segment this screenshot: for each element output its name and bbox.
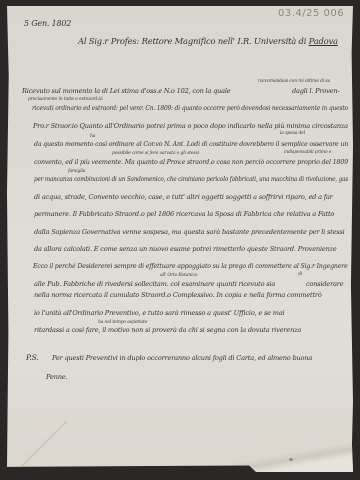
body-line: permanere. Il Fabbricato Straord.o pel 1… [34,210,334,218]
interlinear-insertion: possibile come si fece sarvata e gli ste… [112,151,199,156]
body-line: da allora calcolati. E come senza un nuo… [34,245,337,253]
body-line: di acqua, strade, Convento vecchio, case… [34,193,333,201]
paper-sheet [7,6,353,472]
body-line-tail: dagli l. Proven- [292,87,339,95]
paper-crease [233,442,353,472]
body-line: ritardassi a così fare, il motivo non si… [34,326,301,334]
body-line: alle Pub. Fabbriche di rivedersi solleci… [34,280,275,288]
body-line: Ecco il perché Desidererei sempre di eff… [33,262,348,270]
body-line: dalla Sapienza Governativa venne sospesa… [34,228,345,236]
postscript-continuation: Penne. [46,373,67,381]
interlinear-insertion: raccomandasi con mi ottime di su [258,79,330,84]
ink-stain [289,458,293,461]
body-line: per mancanza combinazioni di un Sandomen… [34,175,348,183]
body-line: convento, ed il più veemente. Ma quanto … [34,158,348,166]
interlinear-insertion: precisamente in tutte e estraord.tà [28,97,103,102]
body-line: Ricevuto sul momento la di Lei stima d'o… [22,87,231,95]
body-line: nella norma ricercata il cumulato Straor… [34,291,322,299]
interlinear-insertion: all' Orto Botanico [160,273,197,278]
document-scan: 03.4/25 006 5 Gen. 1802 Al Sig.r Profes:… [0,0,360,480]
paper-fold [7,421,67,480]
address-city: Padova [309,36,338,46]
interlinear-insertion: ha nel tempo aspettato [98,320,147,325]
postscript-text: Per questi Preventivi in duplo occorrera… [52,354,312,362]
address-text: Al Sig.r Profes: Rettore Magnifico nell'… [78,36,309,46]
address-line: Al Sig.r Profes: Rettore Magnifico nell'… [78,36,338,46]
interlinear-insertion: indispensabili primo e [284,150,331,155]
body-line: Pro.r Straor.io Quanto all'Ordinario pot… [33,122,348,130]
interlinear-insertion: famiglia [68,169,85,174]
interlinear-insertion: la spesa del [280,131,305,136]
archive-id: 03.4/25 006 [278,8,344,19]
date-line: 5 Gen. 1802 [24,19,71,28]
body-line-tail: considerare [306,280,343,288]
interlinear-insertion: di [298,272,302,277]
body-line: da questo momento così ordinare al Cor.v… [34,140,348,148]
body-line: ricevuti ordinario ed estraord: pel venr… [32,104,348,112]
postscript-label: P.S. [26,353,39,362]
interlinear-insertion: ha [90,134,95,139]
body-line: io l'unità all'Ordinario Preventivo, e t… [34,309,284,317]
